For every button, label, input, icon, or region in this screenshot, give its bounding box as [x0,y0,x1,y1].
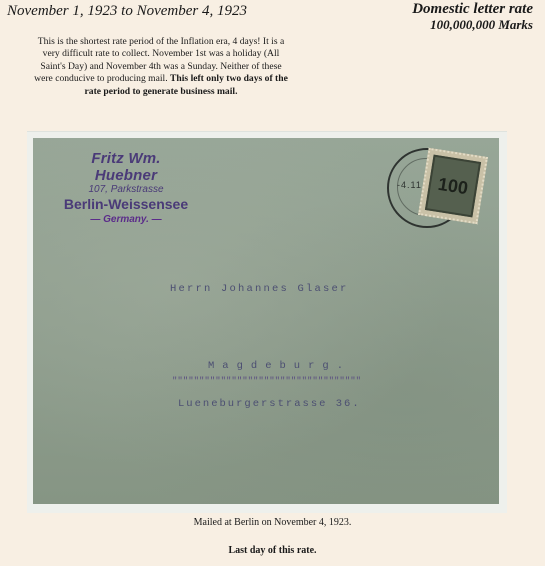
recipient-name: Herrn Johannes Glaser [170,283,349,295]
mailed-caption: Mailed at Berlin on November 4, 1923. [0,517,545,528]
sender-cachet: Fritz Wm. Huebner 107, Parkstrasse Berli… [62,150,190,225]
intro-paragraph: This is the shortest rate period of the … [30,36,292,98]
stamp-design: 100 [425,155,481,218]
recipient-street: Lueneburgerstrasse 36. [178,398,361,410]
last-day-caption: Last day of this rate. [0,545,545,556]
recipient-city-underline: """"""""""""""""""""""""""""""""""" [172,376,361,386]
sender-city: Berlin-Weissensee [62,196,190,212]
sender-country: — Germany. — [62,214,190,225]
sender-street: 107, Parkstrasse [62,184,190,195]
rate-amount: 100,000,000 Marks [412,17,533,32]
sender-name: Fritz Wm. Huebner [62,150,190,184]
stamp-value: 100 [430,173,477,201]
postage-stamp-icon: 100 [418,148,488,225]
recipient-city: Magdeburg. [208,360,351,372]
period-title: November 1, 1923 to November 4, 1923 [7,3,247,20]
rate-title: Domestic letter rate [412,2,533,17]
rate-header: Domestic letter rate 100,000,000 Marks [412,2,533,32]
